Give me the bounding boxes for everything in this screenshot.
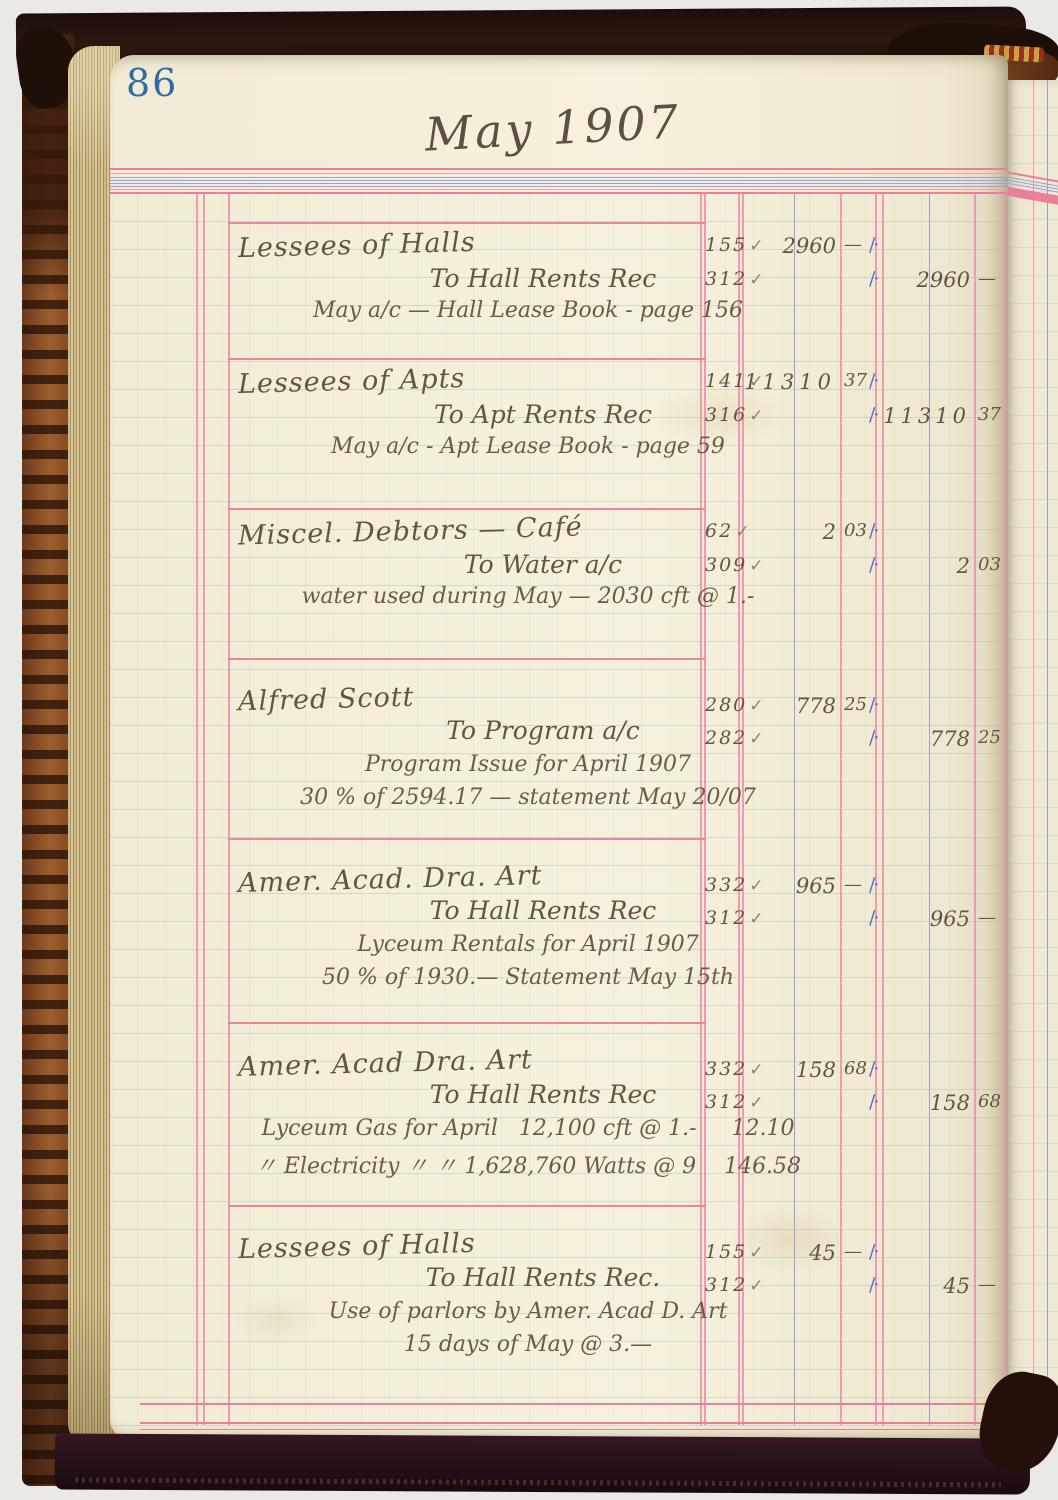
entry-memo-line: 15 days of May @ 3.— xyxy=(248,1332,808,1357)
debit-cents: — xyxy=(844,874,862,895)
book-cover-bottom-edge xyxy=(55,1433,1030,1494)
entry-account-title: Miscel. Debtors — Café xyxy=(238,511,583,551)
debit-cents: 68 xyxy=(844,1058,867,1079)
entry-memo-line: 50 % of 1930.— Statement May 15th xyxy=(248,965,808,990)
posting-tick: ∕· xyxy=(869,1241,877,1263)
entry-memo-line: May a/c — Hall Lease Book - page 156 xyxy=(248,298,808,323)
credit-cents: 25 xyxy=(978,727,1001,748)
credit-amount: 158 xyxy=(864,1091,970,1115)
entry-account-title: Alfred Scott xyxy=(238,682,415,718)
entry-account-title: Amer. Acad. Dra. Art xyxy=(238,860,543,899)
column-rule xyxy=(1047,80,1048,1398)
debit-cents: 37 xyxy=(844,370,867,391)
ruled-grid xyxy=(1003,80,1058,1398)
audit-check-icon: ✓ xyxy=(749,909,765,929)
entry-memo-line: Lyceum Rentals for April 1907 xyxy=(248,932,808,957)
credit-folio: 312✓ xyxy=(705,1274,765,1296)
credit-amount: 965 xyxy=(864,907,970,931)
entry-account-title: Lessees of Halls xyxy=(238,1228,476,1265)
audit-check-icon: ✓ xyxy=(749,729,765,749)
entry-memo-line: 〃 Electricity 〃 〃 1,628,760 Watts @ 9 14… xyxy=(248,1149,808,1180)
entry-memo-line: Use of parlors by Amer. Acad D. Art xyxy=(248,1299,808,1324)
audit-check-icon: ✓ xyxy=(749,270,765,290)
credit-folio: 309✓ xyxy=(705,554,765,576)
debit-amount: 965 xyxy=(706,874,836,898)
entry-counter-account: To Hall Rents Rec xyxy=(378,1080,708,1109)
entry-memo-line: water used during May — 2030 cft @ 1.- xyxy=(248,584,808,609)
ledger-entry: Amer. Acad Dra. Art To Hall Rents Rec Ly… xyxy=(228,1022,1008,1192)
ledger-entry: Lessees of Halls To Hall Rents Rec. Use … xyxy=(228,1205,1008,1375)
ledger-entry: Alfred Scott To Program a/c Program Issu… xyxy=(228,658,1008,828)
credit-cents: — xyxy=(978,907,996,928)
bottom-rule-band xyxy=(140,1422,1008,1424)
entry-counter-account: To Apt Rents Rec xyxy=(378,400,708,429)
posting-tick: ∕· xyxy=(869,520,877,542)
entry-counter-account: To Program a/c xyxy=(378,716,708,745)
credit-cents: — xyxy=(978,268,996,289)
debit-amount: 2 xyxy=(706,520,836,544)
ledger-entry: Lessees of Apts To Apt Rents Rec May a/c… xyxy=(228,358,1008,528)
ledger-entry: Amer. Acad. Dra. Art To Hall Rents Rec L… xyxy=(228,838,1008,1008)
credit-amount: 11310 xyxy=(864,404,970,428)
page-number: 86 xyxy=(126,61,178,105)
ledger-page: 86 May 1907 Lessees of Halls To Hall Re xyxy=(110,55,1008,1438)
debit-amount: 778 xyxy=(706,694,836,718)
bottom-rule-band xyxy=(140,1429,1008,1430)
credit-folio: 312✓ xyxy=(705,907,765,929)
credit-cents: 37 xyxy=(978,404,1001,425)
credit-folio: 312✓ xyxy=(705,1091,765,1113)
audit-check-icon: ✓ xyxy=(749,1276,765,1296)
entry-memo-line: Lyceum Gas for April 12,100 cft @ 1.- 12… xyxy=(248,1116,808,1141)
column-rule xyxy=(1033,80,1034,1398)
credit-amount: 2 xyxy=(864,554,970,578)
credit-cents: 68 xyxy=(978,1091,1001,1112)
entry-account-title: Lessees of Halls xyxy=(238,227,476,264)
posting-tick: ∕· xyxy=(869,694,877,716)
credit-folio: 282✓ xyxy=(705,727,765,749)
entry-memo-line: May a/c - Apt Lease Book - page 59 xyxy=(248,434,808,459)
margin-rule xyxy=(196,194,198,1425)
header-rule-band xyxy=(110,168,1008,194)
credit-amount: 45 xyxy=(864,1274,970,1298)
debit-cents: — xyxy=(844,1241,862,1262)
debit-cents: 25 xyxy=(844,694,867,715)
entry-account-title: Amer. Acad Dra. Art xyxy=(238,1044,534,1083)
entry-memo-line: Program Issue for April 1907 xyxy=(248,752,808,777)
margin-rule xyxy=(203,194,205,1425)
credit-folio: 316✓ xyxy=(705,404,765,426)
credit-folio: 312✓ xyxy=(705,268,765,290)
debit-cents: — xyxy=(844,234,862,255)
credit-amount: 778 xyxy=(864,727,970,751)
entry-memo-line: 30 % of 2594.17 — statement May 20/07 xyxy=(248,785,808,810)
entry-account-title: Lessees of Apts xyxy=(238,363,466,400)
adjacent-page-edge xyxy=(1003,80,1058,1398)
debit-amount: 2960 xyxy=(706,234,836,258)
book-spine xyxy=(22,34,74,1486)
ledger-entry: Miscel. Debtors — Café To Water a/c wate… xyxy=(228,508,1008,678)
ledger-book-photo: 86 May 1907 Lessees of Halls To Hall Re xyxy=(0,0,1058,1500)
audit-check-icon: ✓ xyxy=(749,1093,765,1113)
debit-amount: 11310 xyxy=(706,370,836,394)
entry-counter-account: To Water a/c xyxy=(378,550,708,579)
posting-tick: ∕· xyxy=(869,234,877,256)
debit-amount: 158 xyxy=(706,1058,836,1082)
audit-check-icon: ✓ xyxy=(749,406,765,426)
entry-counter-account: To Hall Rents Rec xyxy=(378,896,708,925)
credit-amount: 2960 xyxy=(864,268,970,292)
posting-tick: ∕· xyxy=(869,1058,877,1080)
debit-cents: 03 xyxy=(844,520,867,541)
debit-amount: 45 xyxy=(706,1241,836,1265)
posting-tick: ∕· xyxy=(869,874,877,896)
entry-counter-account: To Hall Rents Rec xyxy=(378,264,708,293)
page-title: May 1907 xyxy=(367,91,739,164)
entry-counter-account: To Hall Rents Rec. xyxy=(378,1263,708,1292)
posting-tick: ∕· xyxy=(869,370,877,392)
credit-cents: — xyxy=(978,1274,996,1295)
audit-check-icon: ✓ xyxy=(749,556,765,576)
credit-cents: 03 xyxy=(978,554,1001,575)
bottom-rule-band xyxy=(140,1403,1008,1405)
